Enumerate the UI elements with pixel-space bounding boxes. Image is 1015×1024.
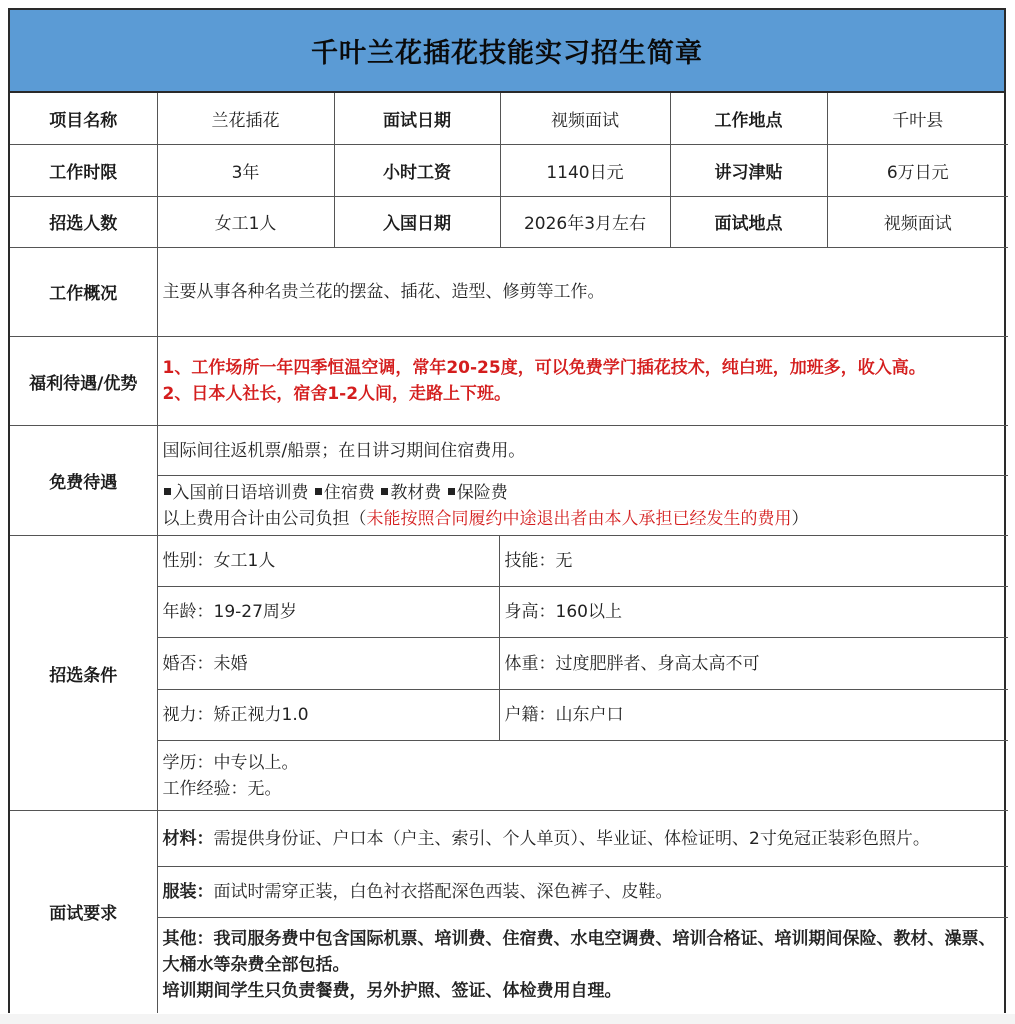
requirement-row: 视力：矫正视力1.0 户籍：山东户口 <box>10 690 1008 741</box>
info-row: 项目名称 兰花插花 面试日期 视频面试 工作地点 千叶县 <box>10 93 1008 144</box>
value-interview-location: 视频面试 <box>827 196 1008 247</box>
value-project-name: 兰花插花 <box>157 93 334 144</box>
value-training-allowance: 6万日元 <box>827 144 1008 196</box>
value-hourly-wage: 1140日元 <box>500 144 670 196</box>
label-requirements: 招选条件 <box>10 536 157 811</box>
value-headcount: 女工1人 <box>157 196 334 247</box>
benefits-text: 1、工作场所一年四季恒温空调，常年20-25度，可以免费学门插花技术，纯白班，加… <box>157 337 1008 426</box>
detail-table: 工作概况 主要从事各种名贵兰花的摆盆、插花、造型、修剪等工作。 福利待遇/优势 … <box>10 248 1008 1013</box>
value-entry-date: 2026年3月左右 <box>500 196 670 247</box>
materials-label: 材料： <box>163 829 214 849</box>
info-row: 工作时限 3年 小时工资 1140日元 讲习津贴 6万日元 <box>10 144 1008 196</box>
label-hourly-wage: 小时工资 <box>334 144 500 196</box>
requirement-marital: 婚否：未婚 <box>157 638 499 690</box>
requirement-education: 学历：中专以上。 <box>163 750 1004 776</box>
value-work-term: 3年 <box>157 144 334 196</box>
requirement-row: 学历：中专以上。 工作经验：无。 <box>10 741 1008 811</box>
label-interview: 面试要求 <box>10 811 157 1013</box>
requirement-gender: 性别：女工1人 <box>157 536 499 587</box>
interview-other: 其他：我司服务费中包含国际机票、培训费、住宿费、水电空调费、培训合格证、培训期间… <box>157 918 1008 1013</box>
interview-row: 其他：我司服务费中包含国际机票、培训费、住宿费、水电空调费、培训合格证、培训期间… <box>10 918 1008 1013</box>
label-headcount: 招选人数 <box>10 196 157 247</box>
square-bullet-icon <box>448 488 455 495</box>
other-label: 其他： <box>163 929 214 949</box>
interview-row: 服装：面试时需穿正装，白色衬衣搭配深色西装、深色裤子、皮鞋。 <box>10 867 1008 918</box>
free-treatment-note: 以上费用合计由公司负担（未能按照合同履约中途退出者由本人承担已经发生的费用） <box>163 506 1004 532</box>
value-work-location: 千叶县 <box>827 93 1008 144</box>
interview-other-note: 培训期间学生只负责餐费，另外护照、签证、体检费用自理。 <box>163 978 1004 1004</box>
square-bullet-icon <box>164 488 171 495</box>
square-bullet-icon <box>381 488 388 495</box>
requirement-row: 招选条件 性别：女工1人 技能：无 <box>10 536 1008 587</box>
label-work-location: 工作地点 <box>670 93 827 144</box>
benefit-line-1: 1、工作场所一年四季恒温空调，常年20-25度，可以免费学门插花技术，纯白班，加… <box>163 355 1004 381</box>
work-overview-text: 主要从事各种名贵兰花的摆盆、插花、造型、修剪等工作。 <box>157 248 1008 337</box>
free-treatment-row: 入国前日语培训费 住宿费 教材费 保险费 以上费用合计由公司负担（未能按照合同履… <box>10 476 1008 536</box>
label-training-allowance: 讲习津贴 <box>670 144 827 196</box>
label-entry-date: 入国日期 <box>334 196 500 247</box>
free-treatment-items: 入国前日语培训费 住宿费 教材费 保险费 以上费用合计由公司负担（未能按照合同履… <box>157 476 1008 536</box>
interview-attire: 服装：面试时需穿正装，白色衬衣搭配深色西装、深色裤子、皮鞋。 <box>157 867 1008 918</box>
label-benefits: 福利待遇/优势 <box>10 337 157 426</box>
requirement-age: 年龄：19-27周岁 <box>157 587 499 638</box>
label-project-name: 项目名称 <box>10 93 157 144</box>
page-bottom-edge <box>0 1014 1015 1024</box>
info-row: 招选人数 女工1人 入国日期 2026年3月左右 面试地点 视频面试 <box>10 196 1008 247</box>
requirement-vision: 视力：矫正视力1.0 <box>157 690 499 741</box>
recruitment-sheet: 千叶兰花插花技能实习招生简章 项目名称 兰花插花 面试日期 视频面试 工作地点 … <box>8 8 1006 1013</box>
label-interview-date: 面试日期 <box>334 93 500 144</box>
requirement-weight: 体重：过度肥胖者、身高太高不可 <box>499 638 1008 690</box>
square-bullet-icon <box>315 488 322 495</box>
page-title: 千叶兰花插花技能实习招生简章 <box>10 10 1004 93</box>
free-treatment-note-warning: 未能按照合同履约中途退出者由本人承担已经发生的费用 <box>367 509 792 529</box>
requirement-height: 身高：160以上 <box>499 587 1008 638</box>
benefits-row: 福利待遇/优势 1、工作场所一年四季恒温空调，常年20-25度，可以免费学门插花… <box>10 337 1008 426</box>
free-treatment-line-1: 国际间往返机票/船票；在日讲习期间住宿费用。 <box>157 426 1008 476</box>
requirement-experience: 工作经验：无。 <box>163 776 1004 802</box>
interview-row: 面试要求 材料：需提供身份证、户口本（户主、索引、个人单页）、毕业证、体检证明、… <box>10 811 1008 867</box>
work-overview-row: 工作概况 主要从事各种名贵兰花的摆盆、插花、造型、修剪等工作。 <box>10 248 1008 337</box>
value-interview-date: 视频面试 <box>500 93 670 144</box>
requirement-skill: 技能：无 <box>499 536 1008 587</box>
info-table: 项目名称 兰花插花 面试日期 视频面试 工作地点 千叶县 工作时限 3年 小时工… <box>10 93 1008 248</box>
interview-materials: 材料：需提供身份证、户口本（户主、索引、个人单页）、毕业证、体检证明、2寸免冠正… <box>157 811 1008 867</box>
requirement-education-experience: 学历：中专以上。 工作经验：无。 <box>157 741 1008 811</box>
requirement-hukou: 户籍：山东户口 <box>499 690 1008 741</box>
requirement-row: 年龄：19-27周岁 身高：160以上 <box>10 587 1008 638</box>
benefit-line-2: 2、日本人社长，宿舍1-2人间，走路上下班。 <box>163 381 1004 407</box>
free-treatment-row: 免费待遇 国际间往返机票/船票；在日讲习期间住宿费用。 <box>10 426 1008 476</box>
attire-label: 服装： <box>163 882 214 902</box>
free-items-list: 入国前日语培训费 住宿费 教材费 保险费 <box>163 480 1004 506</box>
label-work-term: 工作时限 <box>10 144 157 196</box>
label-interview-location: 面试地点 <box>670 196 827 247</box>
label-work-overview: 工作概况 <box>10 248 157 337</box>
requirement-row: 婚否：未婚 体重：过度肥胖者、身高太高不可 <box>10 638 1008 690</box>
label-free-treatment: 免费待遇 <box>10 426 157 536</box>
